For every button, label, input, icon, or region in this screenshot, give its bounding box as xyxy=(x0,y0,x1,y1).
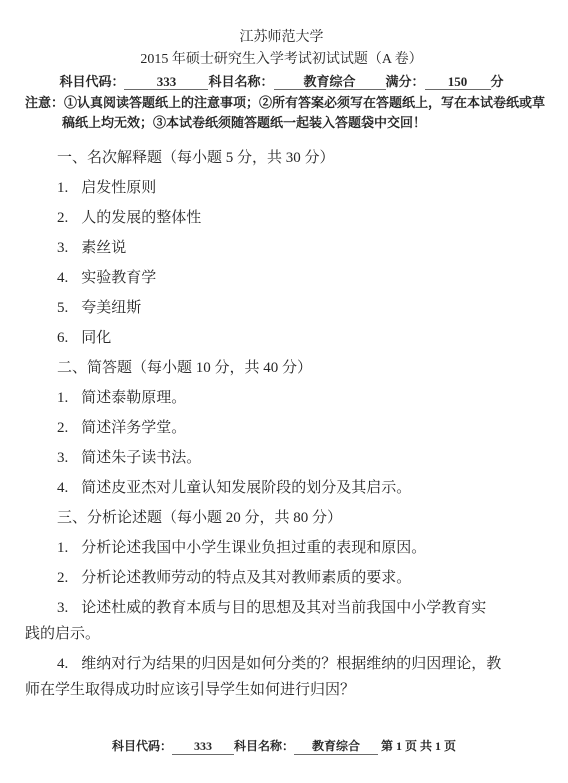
exam-question: 4.实验教育学 xyxy=(25,265,538,291)
footer-subject-name-label: 科目名称： xyxy=(234,739,294,753)
question-text: 简述洋务学堂。 xyxy=(81,420,186,436)
question-text: 简述泰勒原理。 xyxy=(81,390,186,406)
question-text: 实验教育学 xyxy=(81,270,156,286)
subject-name-label: 科目名称： xyxy=(208,74,273,89)
subject-meta-line: 科目代码：333科目名称：教育综合满分：150分 xyxy=(25,71,538,92)
exam-question: 1.启发性原则 xyxy=(25,175,538,201)
score-unit: 分 xyxy=(491,74,504,89)
exam-question: 3.论述杜威的教育本质与目的思想及其对当前我国中小学教育实 xyxy=(25,595,538,621)
section-heading-2: 二、简答题（每小题 10 分，共 40 分） xyxy=(25,355,538,381)
question-number: 1. xyxy=(57,540,68,556)
question-text: 分析论述我国中小学生课业负担过重的表现和原因。 xyxy=(81,540,426,556)
full-score-value: 150 xyxy=(425,74,491,90)
question-number: 6. xyxy=(57,330,68,346)
question-number: 3. xyxy=(57,450,68,466)
question-number: 4. xyxy=(57,480,68,496)
exam-title: 2015 年硕士研究生入学考试初试试题（A 卷） xyxy=(25,49,538,71)
question-text: 分析论述教师劳动的特点及其对教师素质的要求。 xyxy=(81,570,411,586)
full-score-label: 满分： xyxy=(386,74,425,89)
subject-name-value: 教育综合 xyxy=(274,74,386,90)
question-text: 同化 xyxy=(81,330,111,346)
exam-question: 4.维纳对行为结果的归因是如何分类的？根据维纳的归因理论，教 xyxy=(25,651,538,677)
section-heading-1: 一、名次解释题（每小题 5 分，共 30 分） xyxy=(25,145,538,171)
question-text: 简述朱子读书法。 xyxy=(81,450,201,466)
question-text: 论述杜威的教育本质与目的思想及其对当前我国中小学教育实 xyxy=(81,600,486,616)
question-number: 3. xyxy=(57,240,68,256)
question-number: 2. xyxy=(57,570,68,586)
section-heading-3: 三、分析论述题（每小题 20 分，共 80 分） xyxy=(25,505,538,531)
question-number: 1. xyxy=(57,180,68,196)
exam-notice: 注意：①认真阅读答题纸上的注意事项；②所有答案必须写在答题纸上，写在本试卷纸或草… xyxy=(25,93,538,133)
footer-page-info: 第 1 页 共 1 页 xyxy=(381,739,456,753)
question-text-continuation: 践的启示。 xyxy=(25,621,538,647)
university-name: 江苏师范大学 xyxy=(25,27,538,49)
exam-question: 6.同化 xyxy=(25,325,538,351)
question-number: 4. xyxy=(57,656,68,672)
question-number: 4. xyxy=(57,270,68,286)
subject-code-value: 333 xyxy=(124,74,208,90)
exam-question: 4.简述皮亚杰对儿童认知发展阶段的划分及其启示。 xyxy=(25,475,538,501)
question-text: 维纳对行为结果的归因是如何分类的？根据维纳的归因理论，教 xyxy=(81,656,501,672)
question-number: 5. xyxy=(57,300,68,316)
exam-question: 5.夸美纽斯 xyxy=(25,295,538,321)
footer-subject-code-label: 科目代码： xyxy=(112,739,172,753)
exam-question: 1.分析论述我国中小学生课业负担过重的表现和原因。 xyxy=(25,535,538,561)
footer-subject-code-value: 333 xyxy=(172,739,234,755)
question-text: 启发性原则 xyxy=(81,180,156,196)
question-text: 简述皮亚杰对儿童认知发展阶段的划分及其启示。 xyxy=(81,480,411,496)
question-number: 2. xyxy=(57,210,68,226)
question-number: 2. xyxy=(57,420,68,436)
exam-question: 2.人的发展的整体性 xyxy=(25,205,538,231)
exam-footer: 科目代码：333科目名称：教育综合 第 1 页 共 1 页 xyxy=(0,737,568,755)
exam-body: 一、名次解释题（每小题 5 分，共 30 分） 1.启发性原则 2.人的发展的整… xyxy=(25,145,538,703)
exam-paper-page: 江苏师范大学 2015 年硕士研究生入学考试初试试题（A 卷） 科目代码：333… xyxy=(0,0,568,783)
subject-code-label: 科目代码： xyxy=(59,74,124,89)
footer-subject-name-value: 教育综合 xyxy=(294,739,378,755)
exam-question: 1.简述泰勒原理。 xyxy=(25,385,538,411)
question-number: 1. xyxy=(57,390,68,406)
question-text-continuation: 师在学生取得成功时应该引导学生如何进行归因？ xyxy=(25,677,538,703)
question-number: 3. xyxy=(57,600,68,616)
question-text: 夸美纽斯 xyxy=(81,300,141,316)
question-text: 人的发展的整体性 xyxy=(81,210,201,226)
question-text: 素丝说 xyxy=(81,240,126,256)
exam-question: 2.分析论述教师劳动的特点及其对教师素质的要求。 xyxy=(25,565,538,591)
notice-line-2: 稿纸上均无效；③本试卷纸须随答题纸一起装入答题袋中交回！ xyxy=(25,113,538,133)
notice-line-1: 注意：①认真阅读答题纸上的注意事项；②所有答案必须写在答题纸上，写在本试卷纸或草 xyxy=(25,93,538,113)
exam-question: 2.简述洋务学堂。 xyxy=(25,415,538,441)
exam-question: 3.素丝说 xyxy=(25,235,538,261)
exam-question: 3.简述朱子读书法。 xyxy=(25,445,538,471)
